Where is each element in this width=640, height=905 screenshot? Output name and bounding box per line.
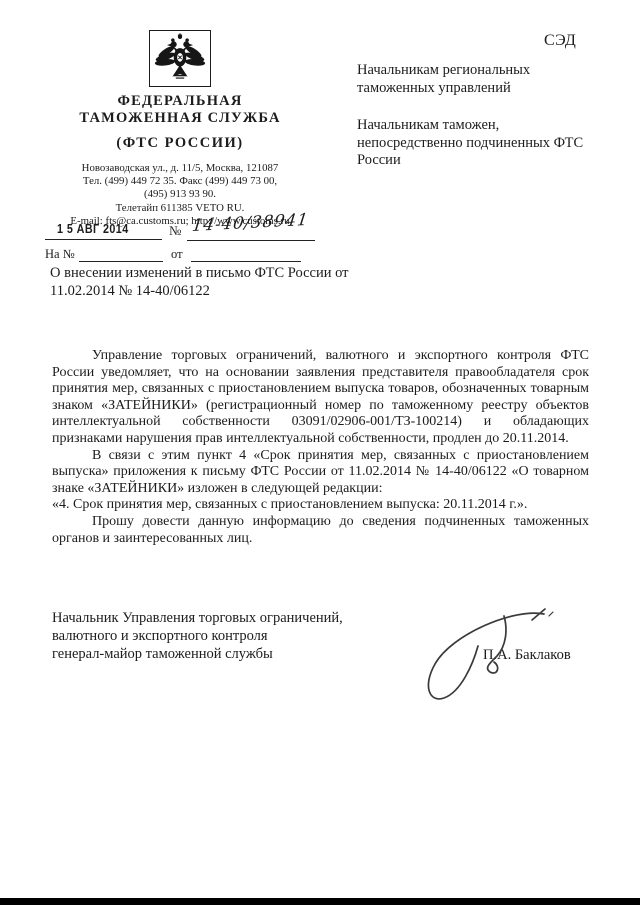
from-underline <box>191 261 301 262</box>
reference-area: 1 5 АВГ 2014 № 14-40/38941 На № от <box>45 218 325 266</box>
letter-body: Управление торговых ограничений, валютно… <box>52 348 589 547</box>
outgoing-number-underline <box>187 240 315 241</box>
org-address: Новозаводская ул., д. 11/5, Москва, 1210… <box>30 162 330 175</box>
addressee-regional-administrations: Начальникам региональных таможенных упра… <box>357 62 595 97</box>
double-headed-eagle-icon <box>153 33 207 80</box>
org-name: ФЕДЕРАЛЬНАЯ ТАМОЖЕННАЯ СЛУЖБА <box>75 93 285 126</box>
body-paragraph-4: Прошу довести данную информацию до сведе… <box>52 514 589 547</box>
on-number-underline <box>79 261 163 262</box>
number-sign: № <box>169 223 181 239</box>
letterhead: ФЕДЕРАЛЬНАЯ ТАМОЖЕННАЯ СЛУЖБА (ФТС РОССИ… <box>30 30 330 228</box>
scanned-letter-page: СЭД <box>0 0 640 905</box>
date-stamp: 1 5 АВГ 2014 <box>57 222 129 236</box>
org-phone-1: Тел. (499) 449 72 35. Факс (499) 449 73 … <box>30 175 330 188</box>
handwritten-signature-icon <box>418 604 556 712</box>
state-emblem-box <box>149 30 211 87</box>
subject-line: О внесении изменений в письмо ФТС России… <box>50 265 370 300</box>
date-underline <box>45 239 162 240</box>
body-paragraph-1: Управление торговых ограничений, валютно… <box>52 348 589 448</box>
signer-position-line-3: генерал-майор таможенной службы <box>52 646 382 664</box>
from-label: от <box>171 247 183 262</box>
signer-position-line-2: валютного и экспортного контроля <box>52 628 382 646</box>
sed-system-label: СЭД <box>544 32 576 50</box>
signer-position: Начальник Управления торговых ограничени… <box>52 610 382 663</box>
date-number-row: 1 5 АВГ 2014 № 14-40/38941 <box>45 218 325 242</box>
signer-position-line-1: Начальник Управления торговых ограничени… <box>52 610 382 628</box>
org-phone-2: (495) 913 93 90. <box>30 188 330 201</box>
scan-bottom-edge <box>0 898 640 905</box>
body-paragraph-3: «4. Срок принятия мер, связанных с приос… <box>52 497 589 514</box>
on-number-label: На № <box>45 247 75 262</box>
addressee-customs-offices: Начальникам таможен, непосредственно под… <box>357 117 595 170</box>
addressees-block: Начальникам региональных таможенных упра… <box>357 62 595 190</box>
body-paragraph-2: В связи с этим пункт 4 «Срок принятия ме… <box>52 448 589 498</box>
incoming-reference-row: На № от <box>45 244 325 266</box>
org-short-name: (ФТС РОССИИ) <box>30 135 330 152</box>
